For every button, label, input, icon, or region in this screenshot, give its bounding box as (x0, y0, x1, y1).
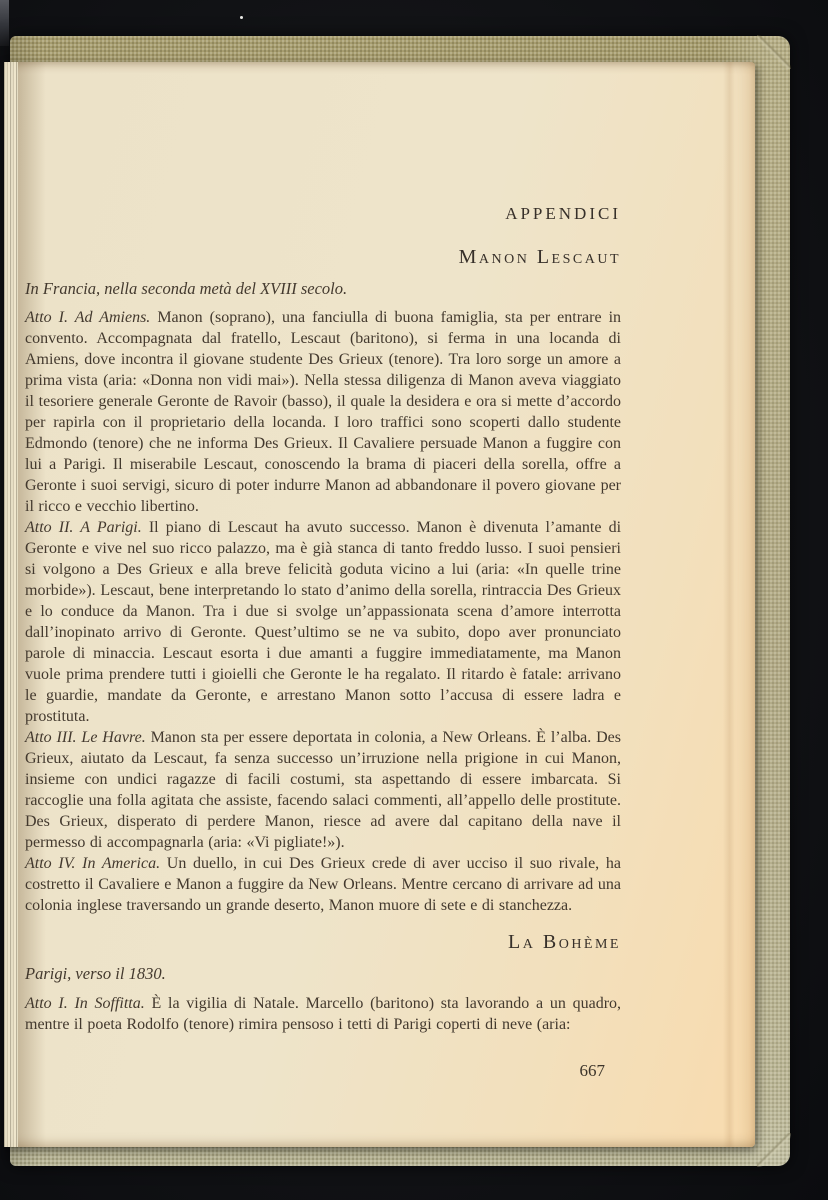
setting-line-boheme: Parigi, verso il 1830. (25, 964, 621, 984)
setting-line-manon: In Francia, nella seconda metà del XVIII… (25, 279, 621, 299)
act-lead-boheme-atto-1: Atto I. In Soffitta. (25, 995, 145, 1012)
opera-title-la-boheme: La Bohème (25, 931, 621, 954)
paragraph-atto-1: Atto I. Ad Amiens. Manon (soprano), una … (25, 307, 621, 517)
act-text-atto-1: Manon (soprano), una fanciulla di buona … (25, 309, 621, 515)
book-page: APPENDICI Manon Lescaut In Francia, nell… (4, 62, 755, 1147)
cover-corner-fold-bottom-right (757, 1133, 791, 1167)
opera-title-manon-lescaut: Manon Lescaut (25, 246, 621, 269)
text-block: APPENDICI Manon Lescaut In Francia, nell… (25, 62, 621, 1081)
act-text-atto-3: Manon sta per essere deportata in coloni… (25, 729, 621, 851)
paragraph-boheme-atto-1: Atto I. In Soffitta. È la vigilia di Nat… (25, 993, 621, 1035)
cover-corner-fold-top-right (757, 35, 791, 69)
act-text-atto-2: Il piano di Lescaut ha avuto successo. M… (25, 519, 621, 725)
section-manon-lescaut: Manon Lescaut In Francia, nella seconda … (25, 246, 621, 916)
synopsis-body-boheme: Atto I. In Soffitta. È la vigilia di Nat… (25, 993, 621, 1035)
synopsis-body-manon: Atto I. Ad Amiens. Manon (soprano), una … (25, 307, 621, 916)
scanner-background: APPENDICI Manon Lescaut In Francia, nell… (0, 0, 828, 1200)
paragraph-atto-2: Atto II. A Parigi. Il piano di Lescaut h… (25, 517, 621, 727)
act-lead-atto-3: Atto III. Le Havre. (25, 729, 146, 746)
running-head: APPENDICI (25, 204, 621, 224)
paragraph-atto-4: Atto IV. In America. Un duello, in cui D… (25, 853, 621, 916)
page-edges-stack (4, 62, 18, 1147)
act-lead-atto-1: Atto I. Ad Amiens. (25, 309, 150, 326)
dust-speck (240, 16, 243, 19)
act-lead-atto-2: Atto II. A Parigi. (25, 519, 142, 536)
page-number: 667 (25, 1061, 621, 1081)
section-la-boheme: La Bohème Parigi, verso il 1830. Atto I.… (25, 931, 621, 1035)
act-lead-atto-4: Atto IV. In America. (25, 855, 160, 872)
scanner-corner-sliver (0, 0, 9, 46)
paragraph-atto-3: Atto III. Le Havre. Manon sta per essere… (25, 727, 621, 853)
page-crease (723, 62, 735, 1147)
